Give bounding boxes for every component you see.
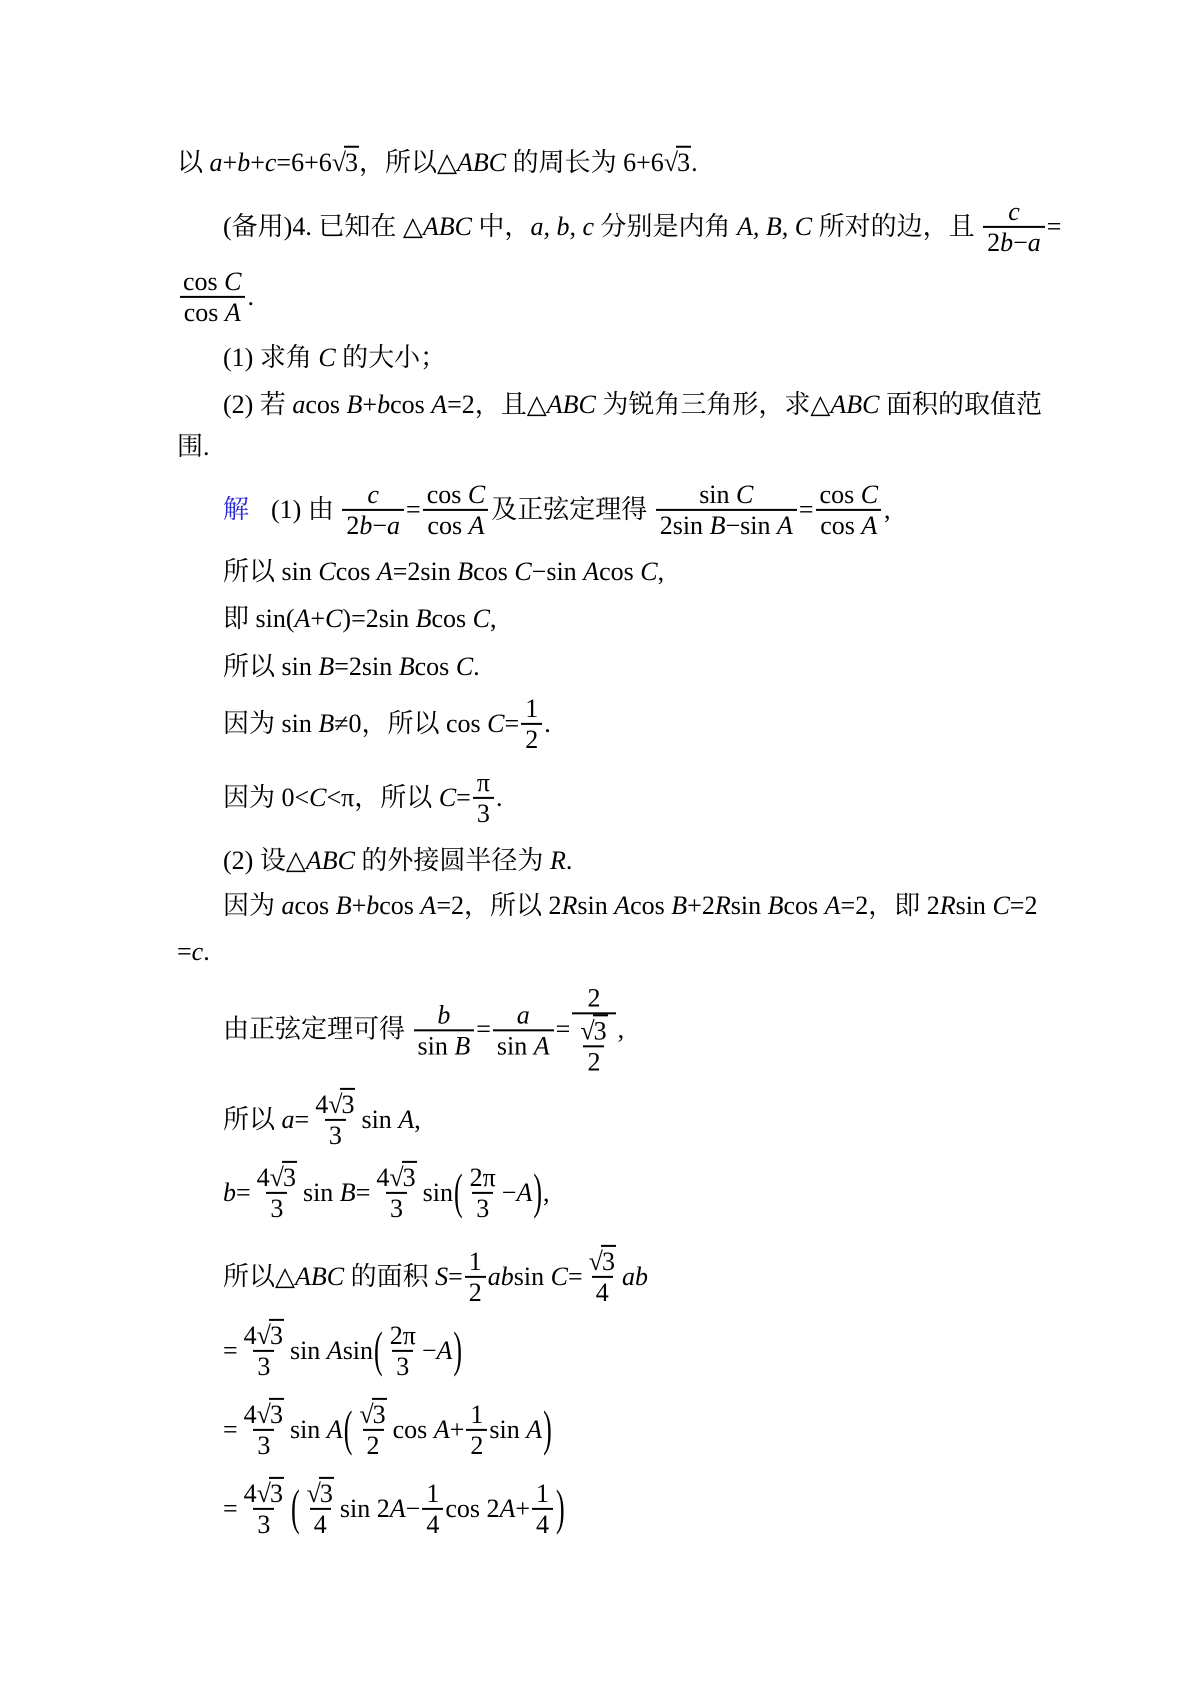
- math-variable: a: [292, 390, 305, 419]
- math-line-18: b=4√33sin B=4√33sin(2π3−A),: [223, 1163, 550, 1223]
- text-run: =: [295, 1105, 310, 1134]
- text-run: 中，: [472, 212, 531, 241]
- fraction: 2π3: [466, 1163, 500, 1223]
- text-run: cos: [305, 390, 346, 419]
- text-segment: sin Asin: [290, 1335, 373, 1368]
- fraction-numerator: 4√3: [311, 1090, 359, 1119]
- fraction-numerator: c: [363, 480, 383, 509]
- fraction: cos Ccos A: [179, 267, 246, 327]
- math-variable: a: [282, 891, 295, 920]
- text-run: <π，所以: [327, 783, 439, 812]
- square-root: √3: [359, 1400, 386, 1429]
- text-run: =: [556, 1015, 571, 1044]
- math-variable: a: [1028, 228, 1041, 257]
- math-variable: C: [736, 480, 753, 509]
- text-run: 所以△: [223, 1262, 295, 1291]
- fraction-denominator: 3: [473, 797, 494, 828]
- text-run: (1) 求角: [223, 343, 318, 372]
- fraction-numerator: π: [473, 768, 494, 797]
- fraction-denominator: sin A: [493, 1029, 554, 1060]
- math-line-19: 所以△ABC 的面积 S=12absin C=√34ab: [223, 1247, 648, 1307]
- text-run: cos: [473, 557, 514, 586]
- text-run: 4: [244, 1479, 257, 1508]
- math-line-8: 所以 sin Ccos A=2sin Bcos C−sin Acos C,: [223, 556, 664, 589]
- text-run: ,: [658, 557, 665, 586]
- math-variable: A, B, C: [737, 212, 812, 241]
- math-variable: A: [825, 891, 841, 920]
- math-variable: C: [468, 480, 485, 509]
- text-run: +2: [687, 891, 715, 920]
- text-segment: sin A: [290, 1414, 343, 1447]
- square-root: √3: [257, 1400, 284, 1429]
- fraction: cos Ccos A: [423, 480, 490, 540]
- math-line-15: =c.: [177, 936, 210, 969]
- text-run: 3: [396, 1352, 409, 1381]
- fraction-numerator: cos C: [816, 480, 883, 509]
- text-run: 因为: [223, 891, 282, 920]
- fraction: √32: [576, 1016, 611, 1076]
- fraction-denominator: 3: [253, 1508, 274, 1539]
- fraction-numerator: 1: [422, 1479, 443, 1508]
- math-line-11: 因为 sin B≠0，所以 cos C=12.: [223, 694, 551, 754]
- fraction: c2b−a: [983, 197, 1045, 257]
- text-run: +: [450, 1415, 465, 1444]
- fraction-numerator: a: [513, 1000, 534, 1029]
- text-run: .: [544, 709, 551, 738]
- fraction-denominator: 2sin B−sin A: [656, 509, 797, 540]
- math-variable: A: [614, 891, 630, 920]
- text-run: 1: [470, 1400, 483, 1429]
- fraction-numerator: 4√3: [372, 1163, 420, 1192]
- fraction-denominator: 2: [466, 1429, 487, 1460]
- text-run: .: [496, 783, 503, 812]
- text-run: =2: [1010, 891, 1038, 920]
- text-run: −sin: [532, 557, 584, 586]
- text-run: 3: [257, 1510, 270, 1539]
- math-variable: A: [377, 557, 393, 586]
- fraction-numerator: √3: [576, 1016, 611, 1045]
- fraction: √34: [303, 1479, 338, 1539]
- text-segment: 所以 sin B=2sin Bcos C.: [223, 651, 480, 684]
- text-run: 的大小；: [336, 343, 447, 372]
- fraction-numerator: 4√3: [240, 1400, 288, 1429]
- text-run: cos: [820, 480, 861, 509]
- fraction: 12: [466, 1400, 487, 1460]
- math-variable: A: [434, 1415, 450, 1444]
- fraction-denominator: cos A: [180, 296, 245, 327]
- text-segment: cos 2A+: [445, 1493, 530, 1526]
- math-variable: A: [390, 1494, 406, 1523]
- square-root: √3: [580, 1016, 607, 1045]
- text-run: (备用)4. 已知在 △: [223, 212, 423, 241]
- text-run: 1: [426, 1479, 439, 1508]
- math-variable: ABC: [547, 390, 596, 419]
- text-run: −: [502, 1178, 517, 1207]
- math-variable: A: [327, 1415, 343, 1444]
- math-variable: ABC: [830, 390, 879, 419]
- text-run: cos: [415, 652, 456, 681]
- text-run: =2sin: [334, 652, 399, 681]
- text-run: cos: [431, 604, 472, 633]
- text-run: =: [476, 1015, 491, 1044]
- text-run: 3: [476, 1194, 489, 1223]
- text-run: ，所以△: [359, 148, 457, 177]
- math-variable: b: [359, 511, 372, 540]
- square-root: √3: [257, 1479, 284, 1508]
- math-line-9: 即 sin(A+C)=2sin Bcos C,: [223, 603, 497, 636]
- text-segment: absin C=: [488, 1261, 583, 1294]
- text-run: sin: [699, 480, 736, 509]
- fraction: 2π3: [386, 1321, 420, 1381]
- fraction-denominator: 3: [253, 1350, 274, 1381]
- text-segment: (1) 求角 C 的大小；: [223, 342, 446, 375]
- math-variable: c: [192, 937, 204, 966]
- radicand: 3: [402, 1161, 417, 1192]
- text-run: 的周长为 6+6: [506, 148, 664, 177]
- fraction-numerator: cos C: [179, 267, 246, 296]
- text-run: 1: [469, 1247, 482, 1276]
- math-variable: A: [420, 891, 436, 920]
- text-segment: ,: [543, 1177, 550, 1210]
- text-segment: 所以 sin Ccos A=2sin Bcos C−sin Acos C,: [223, 556, 664, 589]
- math-variable: c: [265, 148, 277, 177]
- text-run: .: [566, 846, 573, 875]
- text-run: =: [223, 1415, 238, 1444]
- math-variable: ABC: [457, 148, 506, 177]
- text-run: =2，即 2: [841, 891, 940, 920]
- text-run: cos: [393, 1415, 434, 1444]
- text-run: )=2sin: [342, 604, 415, 633]
- text-run: .: [203, 937, 210, 966]
- text-run: sin: [303, 1178, 340, 1207]
- text-segment: 因为 acos B+bcos A=2，所以 2Rsin Acos B+2Rsin…: [223, 890, 1037, 923]
- fraction: sin C2sin B−sin A: [656, 480, 797, 540]
- fraction-denominator: 4: [422, 1508, 443, 1539]
- text-run: 面积的取值范: [880, 390, 1043, 419]
- fraction: √34: [585, 1247, 620, 1307]
- math-variable: B: [399, 652, 415, 681]
- text-run: −: [422, 1336, 437, 1365]
- text-segment: 即 sin(A+C)=2sin Bcos C,: [223, 603, 497, 636]
- math-variable: S: [435, 1262, 448, 1291]
- fraction-denominator: 2: [521, 723, 542, 754]
- fraction-numerator: sin C: [695, 480, 757, 509]
- big-paren: ): [556, 1478, 565, 1540]
- math-variable: A: [583, 557, 599, 586]
- math-variable: A: [327, 1336, 343, 1365]
- answer-label: 解: [223, 495, 249, 524]
- text-run: =: [448, 1262, 463, 1291]
- radicand: 3: [269, 1398, 284, 1429]
- text-run: cos: [630, 891, 671, 920]
- text-run: 3: [257, 1352, 270, 1381]
- math-variable: b: [366, 891, 379, 920]
- fraction: 4√33: [311, 1090, 359, 1150]
- text-run: =: [356, 1178, 371, 1207]
- math-variable: b: [223, 1178, 236, 1207]
- math-variable: B: [457, 557, 473, 586]
- text-run: .: [248, 282, 255, 311]
- radicand: 3: [340, 1088, 355, 1119]
- math-variable: A: [225, 298, 241, 327]
- text-run: =2，且△: [447, 390, 547, 419]
- math-line-3: cos Ccos A.: [177, 267, 254, 327]
- fraction-numerator: 4√3: [240, 1321, 288, 1350]
- square-root: √3: [589, 1247, 616, 1276]
- text-run: ,: [543, 1178, 550, 1207]
- text-run: sin: [361, 1105, 398, 1134]
- fraction-numerator: c: [1004, 197, 1024, 226]
- text-run: 4: [426, 1510, 439, 1539]
- math-variable: b: [237, 148, 250, 177]
- text-run: cos: [295, 891, 336, 920]
- math-variable: a: [517, 1000, 530, 1029]
- text-run: +: [250, 148, 265, 177]
- text-segment: 因为 0<C<π，所以 C=: [223, 782, 471, 815]
- text-run: =: [223, 1494, 238, 1523]
- text-run: 分别是内角: [594, 212, 737, 241]
- radicand: 3: [676, 146, 691, 177]
- text-segment: sin B=: [303, 1177, 370, 1210]
- radical-sign: √: [389, 1163, 402, 1192]
- square-root: √3: [270, 1163, 297, 1192]
- math-variable: C: [514, 557, 531, 586]
- text-run: .: [473, 652, 480, 681]
- fraction: π3: [473, 768, 494, 828]
- text-run: 2: [587, 1048, 600, 1077]
- fraction-numerator: 2π: [386, 1321, 420, 1350]
- math-line-5: (2) 若 acos B+bcos A=2，且△ABC 为锐角三角形，求△ABC…: [223, 389, 1042, 422]
- square-root: √3: [389, 1163, 416, 1192]
- math-line-4: (1) 求角 C 的大小；: [223, 342, 446, 375]
- text-run: ,: [884, 495, 891, 524]
- fraction: 4√33: [240, 1479, 288, 1539]
- text-run: 即 sin(: [223, 604, 295, 633]
- math-variable: C: [640, 557, 657, 586]
- text-run: =2，所以 2: [436, 891, 561, 920]
- fraction: 4√33: [372, 1163, 420, 1223]
- text-run: =2sin: [393, 557, 458, 586]
- text-run: 所以 sin: [223, 652, 318, 681]
- text-run: sin: [577, 891, 614, 920]
- text-segment: 所以 a=: [223, 1104, 309, 1137]
- text-run: cos: [183, 267, 224, 296]
- fraction-denominator: 2b−a: [342, 509, 404, 540]
- math-variable: A: [534, 1031, 550, 1060]
- radicand: 3: [344, 146, 359, 177]
- text-run: −: [1013, 228, 1028, 257]
- radical-sign: √: [257, 1321, 270, 1350]
- big-paren: (: [344, 1399, 353, 1461]
- text-segment: sin 2A−: [340, 1493, 420, 1526]
- big-paren: ): [543, 1399, 552, 1461]
- radical-sign: √: [307, 1479, 320, 1508]
- fraction: bsin B: [414, 1000, 475, 1060]
- text-run: 3: [390, 1194, 403, 1223]
- text-run: cos: [390, 390, 431, 419]
- radicand: 3: [269, 1477, 284, 1508]
- fraction: 12: [465, 1247, 486, 1307]
- text-run: 2: [470, 1431, 483, 1460]
- math-variable: C: [473, 604, 490, 633]
- text-run: cos: [783, 891, 824, 920]
- text-segment: sin A,: [361, 1104, 420, 1137]
- text-run: 2π: [470, 1163, 496, 1192]
- text-segment: ,: [884, 494, 891, 527]
- text-run: =: [223, 1336, 238, 1365]
- radical-sign: √: [589, 1247, 602, 1276]
- text-segment: =: [476, 1014, 491, 1047]
- text-run: =: [406, 495, 421, 524]
- text-run: 1: [536, 1479, 549, 1508]
- text-run: 2: [987, 228, 1000, 257]
- text-run: 4: [244, 1321, 257, 1350]
- text-run: cos: [427, 511, 468, 540]
- fraction-denominator: 3: [266, 1192, 287, 1223]
- text-run: cos: [184, 298, 225, 327]
- fraction: 14: [532, 1479, 553, 1539]
- fraction-denominator: 2: [465, 1276, 486, 1307]
- text-run: 2: [346, 511, 359, 540]
- fraction: 4√33: [240, 1400, 288, 1460]
- text-run: ≠0，所以 cos: [334, 709, 487, 738]
- math-variable: A: [526, 1415, 542, 1444]
- text-run: =: [799, 495, 814, 524]
- text-segment: (2) 若 acos B+bcos A=2，且△ABC 为锐角三角形，求△ABC…: [223, 389, 1042, 422]
- text-run: =: [568, 1262, 583, 1291]
- math-variable: R: [550, 846, 566, 875]
- text-segment: 因为 sin B≠0，所以 cos C=: [223, 708, 519, 741]
- fraction-denominator: cos A: [816, 509, 881, 540]
- text-run: +: [310, 604, 325, 633]
- fraction-numerator: 1: [465, 1247, 486, 1276]
- math-variable: A: [431, 390, 447, 419]
- text-segment: =: [799, 494, 814, 527]
- math-variable: A: [861, 511, 877, 540]
- math-variable: b: [437, 1000, 450, 1029]
- fraction-numerator: 1: [532, 1479, 553, 1508]
- math-variable: c: [367, 480, 379, 509]
- text-run: 4: [315, 1090, 328, 1119]
- math-line-21: =4√33sin A(√32cos A+12sin A): [223, 1400, 553, 1460]
- text-segment: .: [496, 782, 503, 815]
- fraction-numerator: 1: [466, 1400, 487, 1429]
- math-variable: B: [347, 390, 363, 419]
- big-paren: ): [453, 1320, 462, 1382]
- math-variable: ab: [488, 1262, 514, 1291]
- text-run: +: [515, 1494, 530, 1523]
- text-run: 4: [244, 1400, 257, 1429]
- text-run: 2: [587, 983, 600, 1012]
- text-run: 2: [469, 1278, 482, 1307]
- text-segment: (备用)4. 已知在 △ABC 中，a, b, c 分别是内角 A, B, C …: [223, 211, 981, 244]
- math-variable: A: [469, 511, 485, 540]
- square-root: √3: [307, 1479, 334, 1508]
- text-run: cos 2: [445, 1494, 499, 1523]
- math-line-1: 以 a+b+c=6+6√3，所以△ABC 的周长为 6+6√3.: [177, 147, 698, 180]
- math-variable: A: [398, 1105, 414, 1134]
- text-run: 由正弦定理可得: [223, 1015, 412, 1044]
- square-root: √3: [257, 1321, 284, 1350]
- fraction-numerator: 2: [583, 983, 604, 1012]
- fraction-numerator: √3: [303, 1479, 338, 1508]
- text-segment: 围.: [177, 431, 210, 464]
- radical-sign: √: [270, 1163, 283, 1192]
- square-root: √3: [328, 1090, 355, 1119]
- math-variable: ab: [622, 1262, 648, 1291]
- math-variable: c: [1008, 197, 1020, 226]
- math-variable: B: [710, 511, 726, 540]
- text-run: +: [352, 891, 367, 920]
- text-segment: =: [1047, 211, 1062, 244]
- fraction-denominator: 2: [363, 1429, 384, 1460]
- text-run: sin: [956, 891, 993, 920]
- radical-sign: √: [359, 1400, 372, 1429]
- text-segment: =: [223, 1414, 238, 1447]
- math-variable: B: [671, 891, 687, 920]
- fraction-denominator: 2b−a: [983, 226, 1045, 257]
- text-run: sin: [731, 891, 768, 920]
- fraction-denominator: 4: [310, 1508, 331, 1539]
- text-run: 4: [376, 1163, 389, 1192]
- fraction-denominator: 3: [325, 1119, 346, 1150]
- text-run: =: [236, 1178, 251, 1207]
- text-run: sin: [290, 1415, 327, 1444]
- math-variable: C: [224, 267, 241, 296]
- text-run: 围.: [177, 432, 210, 461]
- text-segment: 及正弦定理得: [491, 494, 654, 527]
- radical-sign: √: [257, 1400, 270, 1429]
- text-run: 2: [525, 725, 538, 754]
- math-variable: A: [516, 1178, 532, 1207]
- text-run: =: [1047, 212, 1062, 241]
- text-segment: b=: [223, 1177, 251, 1210]
- math-line-14: 因为 acos B+bcos A=2，所以 2Rsin Acos B+2Rsin…: [223, 890, 1037, 923]
- text-run: 3: [329, 1121, 342, 1150]
- text-segment: =: [556, 1014, 571, 1047]
- text-run: (1) 由: [271, 495, 340, 524]
- fraction-denominator: 4: [592, 1276, 613, 1307]
- math-variable: C: [992, 891, 1009, 920]
- math-variable: a: [387, 511, 400, 540]
- big-paren: (: [454, 1162, 463, 1224]
- text-run: 所以 sin: [223, 557, 318, 586]
- text-run: −sin: [725, 511, 777, 540]
- text-run: .: [691, 148, 698, 177]
- fraction: 4√33: [240, 1321, 288, 1381]
- fraction-denominator: 4: [532, 1508, 553, 1539]
- text-segment: −A: [502, 1177, 533, 1210]
- math-variable: C: [487, 709, 504, 738]
- math-variable: B: [768, 891, 784, 920]
- text-segment: ,: [618, 1014, 625, 1047]
- fraction-denominator: 2: [583, 1046, 604, 1077]
- math-variable: B: [336, 891, 352, 920]
- text-run: −: [372, 511, 387, 540]
- math-variable: R: [561, 891, 577, 920]
- text-run: 2π: [390, 1321, 416, 1350]
- text-run: sin 2: [340, 1494, 390, 1523]
- math-variable: B: [416, 604, 432, 633]
- text-segment: 以 a+b+c=6+6√3，所以△ABC 的周长为 6+6√3.: [177, 147, 698, 180]
- math-variable: C: [325, 604, 342, 633]
- fraction: c2b−a: [342, 480, 404, 540]
- text-run: 所对的边，且: [812, 212, 981, 241]
- text-run: 4: [257, 1163, 270, 1192]
- text-segment: cos A+: [393, 1414, 465, 1447]
- text-run: cos: [336, 557, 377, 586]
- math-variable: A: [295, 604, 311, 633]
